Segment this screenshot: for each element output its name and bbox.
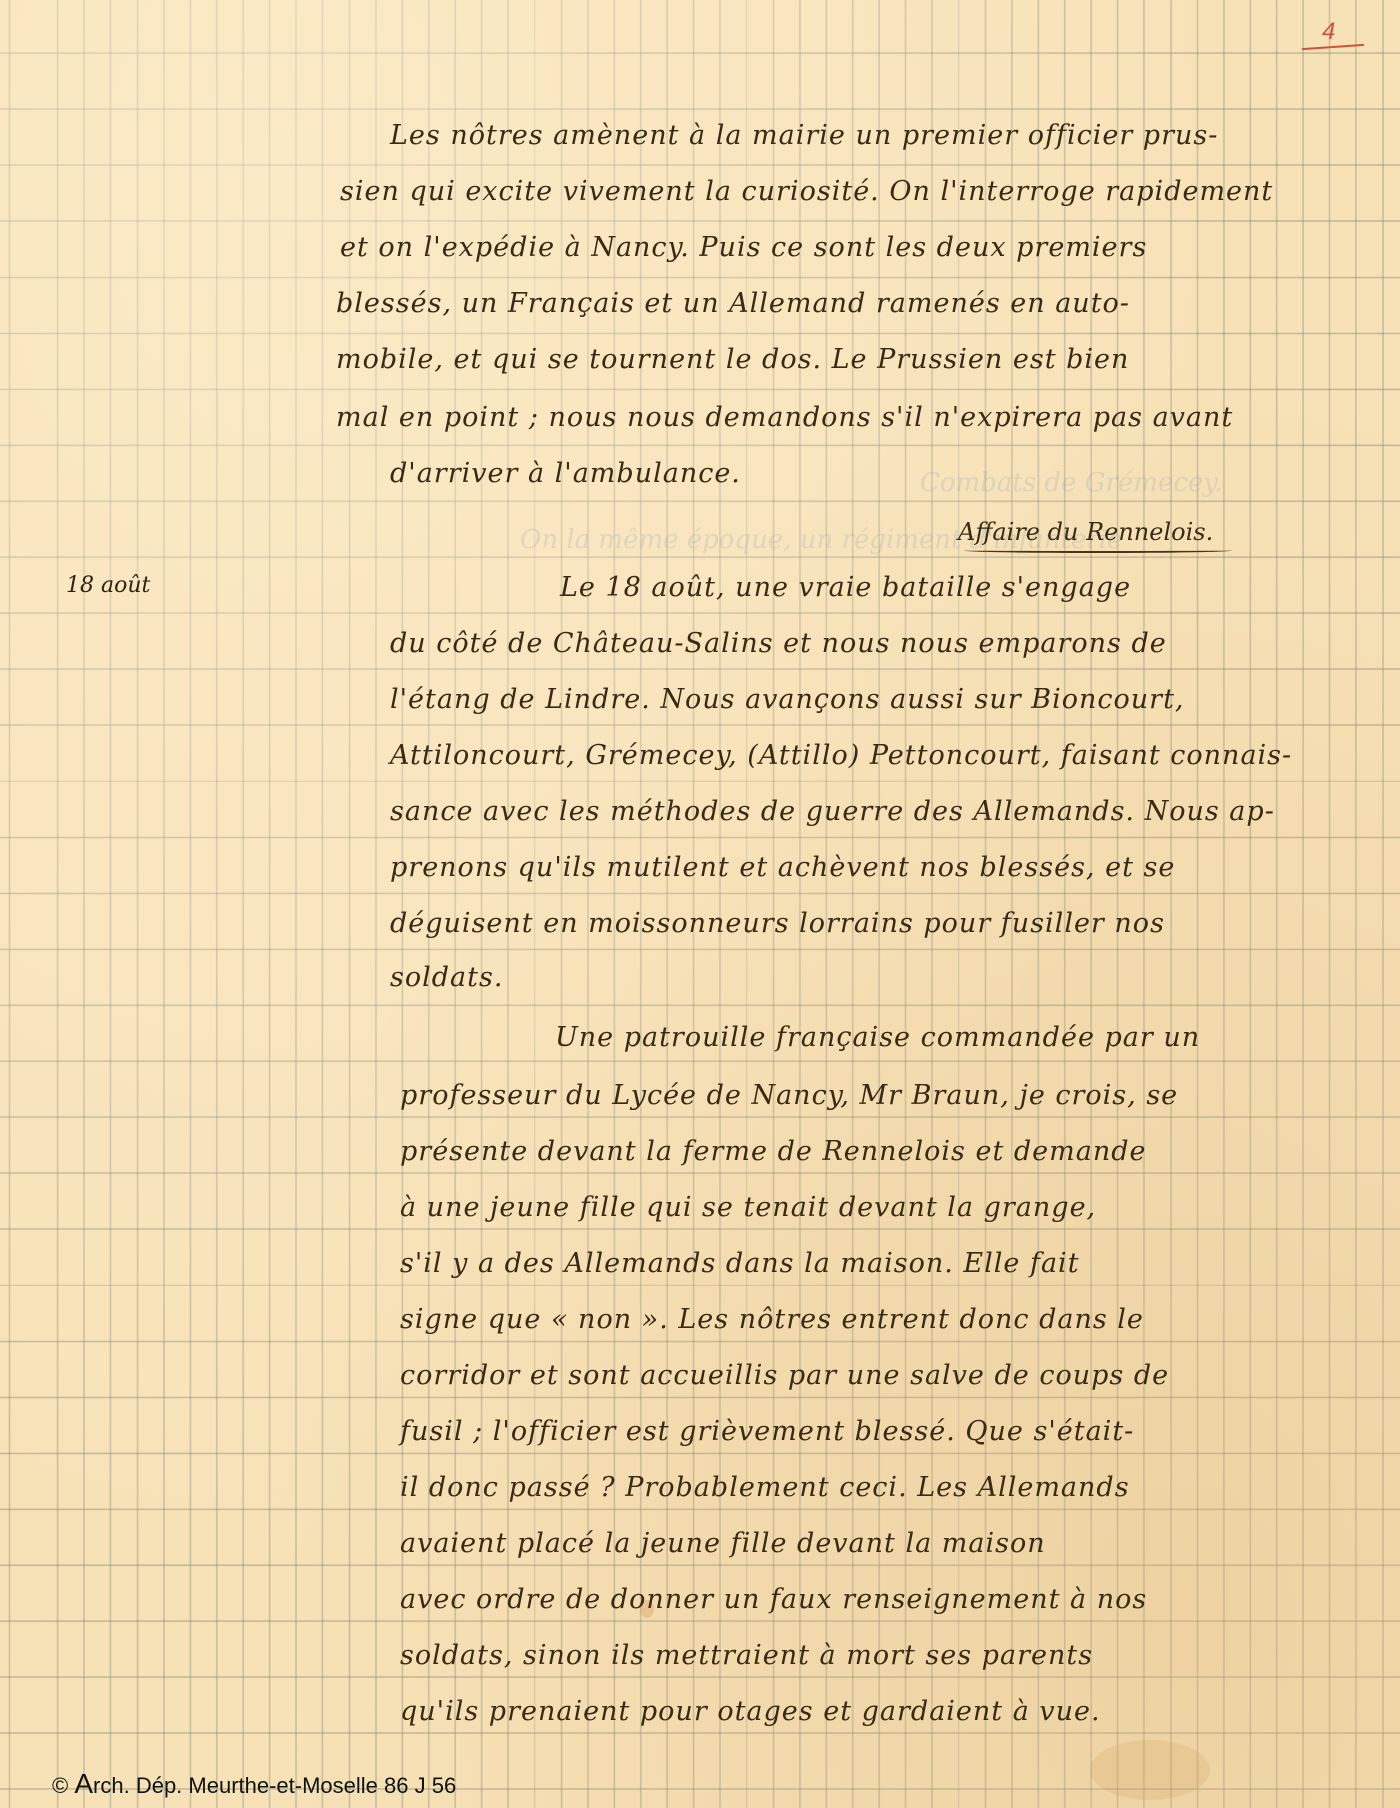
text-line: prenons qu'ils mutilent et achèvent nos … <box>390 852 1175 883</box>
text-line: déguisent en moissonneurs lorrains pour … <box>390 908 1165 939</box>
text-line: Le 18 août, une vraie bataille s'engage <box>560 572 1131 603</box>
copyright-notice: © Arch. Dép. Meurthe-et-Moselle 86 J 56 <box>52 1768 456 1800</box>
copyright-initial: A <box>74 1768 93 1799</box>
text-line: Les nôtres amènent à la mairie un premie… <box>390 120 1218 151</box>
text-line: soldats. <box>390 962 503 993</box>
text-line: avec ordre de donner un faux renseigneme… <box>400 1584 1147 1615</box>
manuscript-page: Combats de Grémecey. On la même époque, … <box>0 0 1400 1808</box>
text-line: signe que « non ». Les nôtres entrent do… <box>400 1304 1144 1335</box>
copyright-text: rch. Dép. Meurthe-et-Moselle 86 J 56 <box>93 1773 456 1798</box>
text-line: sien qui excite vivement la curiosité. O… <box>340 176 1273 207</box>
copyright-symbol: © <box>52 1773 68 1798</box>
text-line: mal en point ; nous nous demandons s'il … <box>336 402 1233 433</box>
text-line: il donc passé ? Probablement ceci. Les A… <box>400 1472 1130 1503</box>
text-line: et on l'expédie à Nancy. Puis ce sont le… <box>340 232 1147 263</box>
text-line: fusil ; l'officier est grièvement blessé… <box>400 1416 1134 1447</box>
bleed-through-text: Combats de Grémecey. <box>920 468 1223 498</box>
text-line: présente devant la ferme de Rennelois et… <box>400 1136 1147 1167</box>
paper-stain <box>1090 1740 1210 1800</box>
text-line: blessés, un Français et un Allemand rame… <box>336 288 1130 319</box>
heading-underline <box>964 548 1232 553</box>
text-line: s'il y a des Allemands dans la maison. E… <box>400 1248 1080 1279</box>
text-line: du côté de Château-Salins et nous nous e… <box>390 628 1167 659</box>
text-line: corridor et sont accueillis par une salv… <box>400 1360 1169 1391</box>
text-line: soldats, sinon ils mettraient à mort ses… <box>400 1640 1093 1671</box>
text-line: professeur du Lycée de Nancy, Mr Braun, … <box>400 1080 1178 1111</box>
text-line: l'étang de Lindre. Nous avançons aussi s… <box>390 684 1185 715</box>
text-line: avaient placé la jeune fille devant la m… <box>400 1528 1046 1559</box>
text-line: qu'ils prenaient pour otages et gardaien… <box>400 1696 1101 1727</box>
text-line: d'arriver à l'ambulance. <box>390 458 741 489</box>
text-line: Attiloncourt, Grémecey, (Attillo) Petton… <box>390 740 1292 771</box>
text-line: mobile, et qui se tournent le dos. Le Pr… <box>336 344 1129 375</box>
page-number: 4 <box>1322 18 1335 46</box>
text-line: Une patrouille française commandée par u… <box>555 1022 1200 1053</box>
text-line: à une jeune fille qui se tenait devant l… <box>400 1192 1096 1223</box>
margin-date-note: 18 août <box>66 573 150 598</box>
section-heading: Affaire du Rennelois. <box>958 518 1213 546</box>
text-line: sance avec les méthodes de guerre des Al… <box>390 796 1275 827</box>
